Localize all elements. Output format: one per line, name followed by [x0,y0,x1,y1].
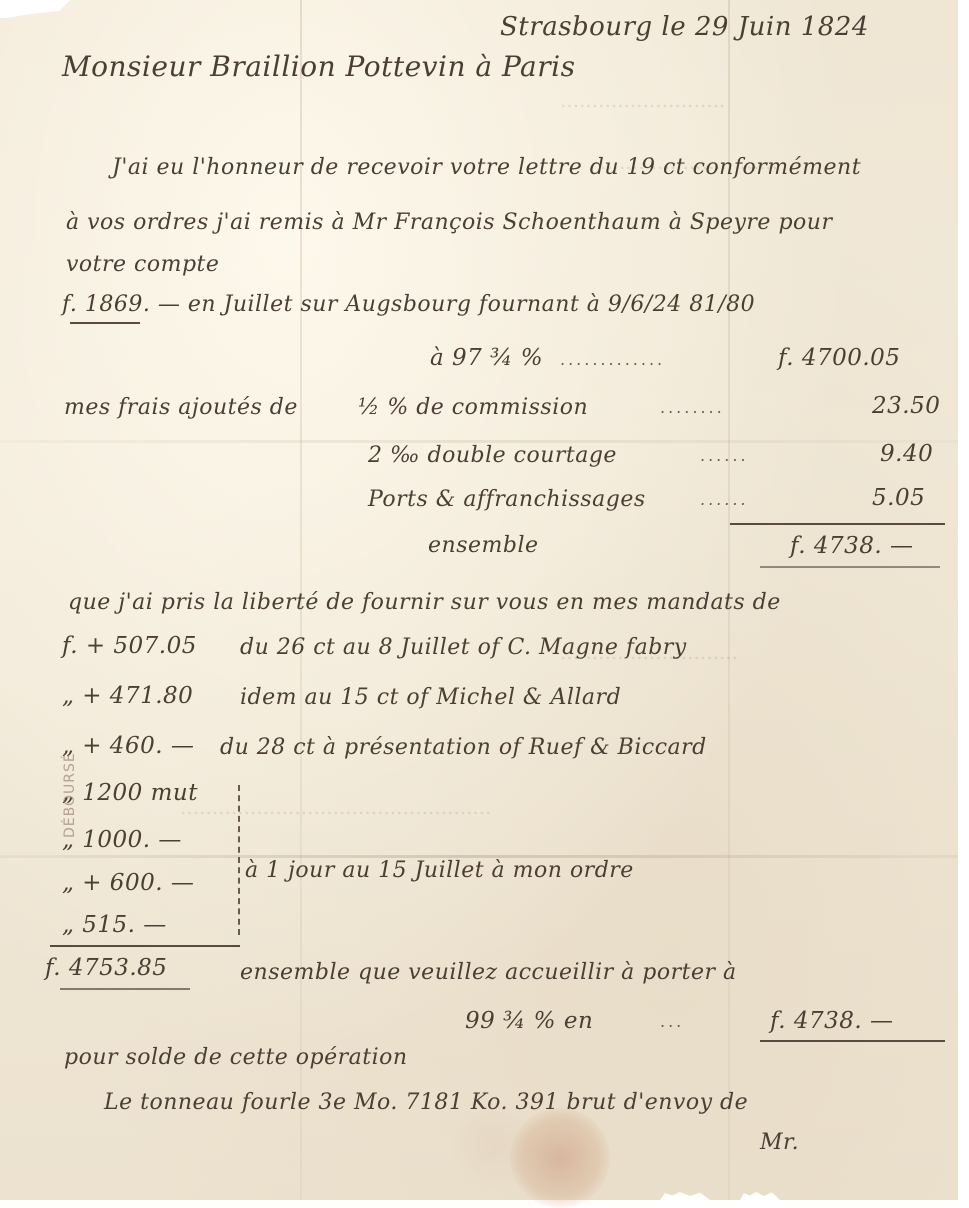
order-draft-amount: „ 1000. — [62,827,182,853]
sum-rule [760,1040,945,1042]
charge-label: Ports & affranchissages [368,487,646,512]
order-draft-amount: „ 515. — [62,912,167,938]
letter-page: .......................... .............… [0,0,958,1200]
closing-line-1: pour solde de cette opération [64,1045,408,1070]
charge-label: 2 ‰ double courtage [368,443,617,468]
bleed-through-text: ........................................… [180,795,492,819]
wax-seal-stain [510,1108,610,1200]
closing-line-3: Mr. [760,1130,799,1155]
order-note: à 1 jour au 15 Juillet à mon ordre [245,858,634,883]
draft-amount: f. + 507.05 [62,633,197,659]
body-line-2: à vos ordres j'ai remis à Mr François Sc… [66,210,832,235]
charge-amount: 9.40 [880,441,933,467]
leader-dots: ...... [700,446,749,465]
order-draft-amount: „ + 600. — [62,870,194,896]
torn-corner [0,0,70,18]
underline [70,322,140,324]
sum-amount: f. 4753.85 [45,955,167,981]
torn-edge [660,1190,710,1200]
draft-text: idem au 15 ct of Michel & Allard [240,685,621,710]
leader-dots: ........ [660,398,725,417]
leader-dots: ............. [560,350,665,369]
charges-total: f. 4738. — [790,533,913,559]
rate-line: 99 ¾ % en [465,1008,593,1034]
postal-stamp: DÉBOURSÉ [62,752,78,838]
body-line-1: J'ai eu l'honneur de recevoir votre lett… [112,155,861,180]
bill-rate: à 97 ¾ % [430,345,543,371]
brace [232,785,240,935]
body-line-3: votre compte [66,252,219,277]
bill-amount: f. 4700.05 [778,345,900,371]
torn-edge [740,1190,780,1200]
closing-line-2: Le tonneau fourle 3e Mo. 7181 Ko. 391 br… [104,1090,748,1115]
charge-amount: 23.50 [872,393,940,419]
charges-total-label: ensemble [428,533,539,558]
draft-amount: „ + 471.80 [62,683,193,709]
bleed-through-text: .......................... [560,88,725,112]
charge-label: ½ % de commission [358,395,588,420]
draft-amount: „ + 460. — [62,733,194,759]
addressee: Monsieur Braillion Pottevin à Paris [62,50,575,83]
sum-rule [730,523,945,525]
drafts-intro: que j'ai pris la liberté de fournir sur … [68,590,781,615]
charge-amount: 5.05 [872,485,925,511]
double-rule [760,566,940,568]
dateline: Strasbourg le 29 Juin 1824 [500,12,869,42]
rate-amount: f. 4738. — [770,1008,893,1034]
leader-dots: ...... [700,490,749,509]
charges-lead: mes frais ajoutés de [64,395,298,420]
leader-dots: ... [660,1012,684,1031]
order-draft-amount: „ 1200 mut [62,780,198,806]
draft-text: du 26 ct au 8 Juillet of C. Magne fabry [240,635,687,660]
sum-rule [50,945,240,947]
bill-line: f. 1869. — en Juillet sur Augsbourg four… [62,292,755,317]
sum-text: ensemble que veuillez accueillir à porte… [240,960,737,985]
draft-text: du 28 ct à présentation of Ruef & Biccar… [220,735,707,760]
underline [60,988,190,990]
